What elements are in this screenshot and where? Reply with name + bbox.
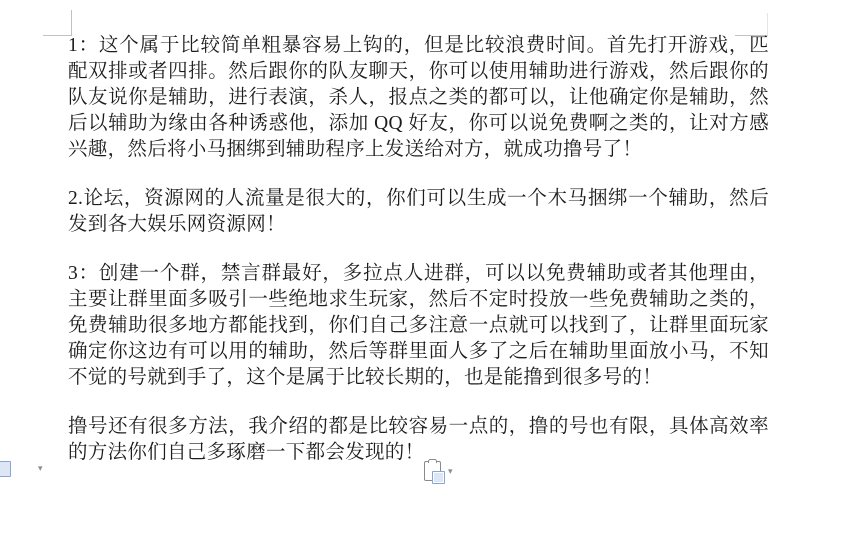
clipboard-clip: [428, 459, 437, 463]
paste-options-button[interactable]: ▾: [424, 458, 458, 484]
paragraph-4[interactable]: 撸号还有很多方法，我介绍的都是比较容易一点的，撸的号也有限，具体高效率的方法你们…: [68, 414, 769, 466]
clipboard-page-partial-icon: [0, 461, 11, 477]
paste-options-partial-dropdown-arrow-icon[interactable]: ▾: [38, 465, 43, 474]
paste-options-dropdown-arrow-icon[interactable]: ▾: [448, 466, 453, 477]
paste-options-button-partial[interactable]: ▾: [0, 460, 48, 478]
paragraph-1[interactable]: 1：这个属于比较简单粗暴容易上钩的，但是比较浪费时间。首先打开游戏，匹配双排或者…: [68, 33, 769, 163]
paste-options-clipboard-icon: [424, 461, 441, 481]
document-page: 1：这个属于比较简单粗暴容易上钩的，但是比较浪费时间。首先打开游戏，匹配双排或者…: [0, 0, 860, 543]
paragraph-3[interactable]: 3：创建一个群，禁言群最好，多拉点人进群，可以以免费辅助或者其他理由，主要让群里…: [68, 261, 769, 391]
clipboard-page: [432, 471, 445, 484]
paragraph-2[interactable]: 2.论坛，资源网的人流量是很大的，你们可以生成一个木马捆绑一个辅助，然后发到各大…: [68, 186, 769, 238]
document-body[interactable]: 1：这个属于比较简单粗暴容易上钩的，但是比较浪费时间。首先打开游戏，匹配双排或者…: [68, 33, 769, 489]
